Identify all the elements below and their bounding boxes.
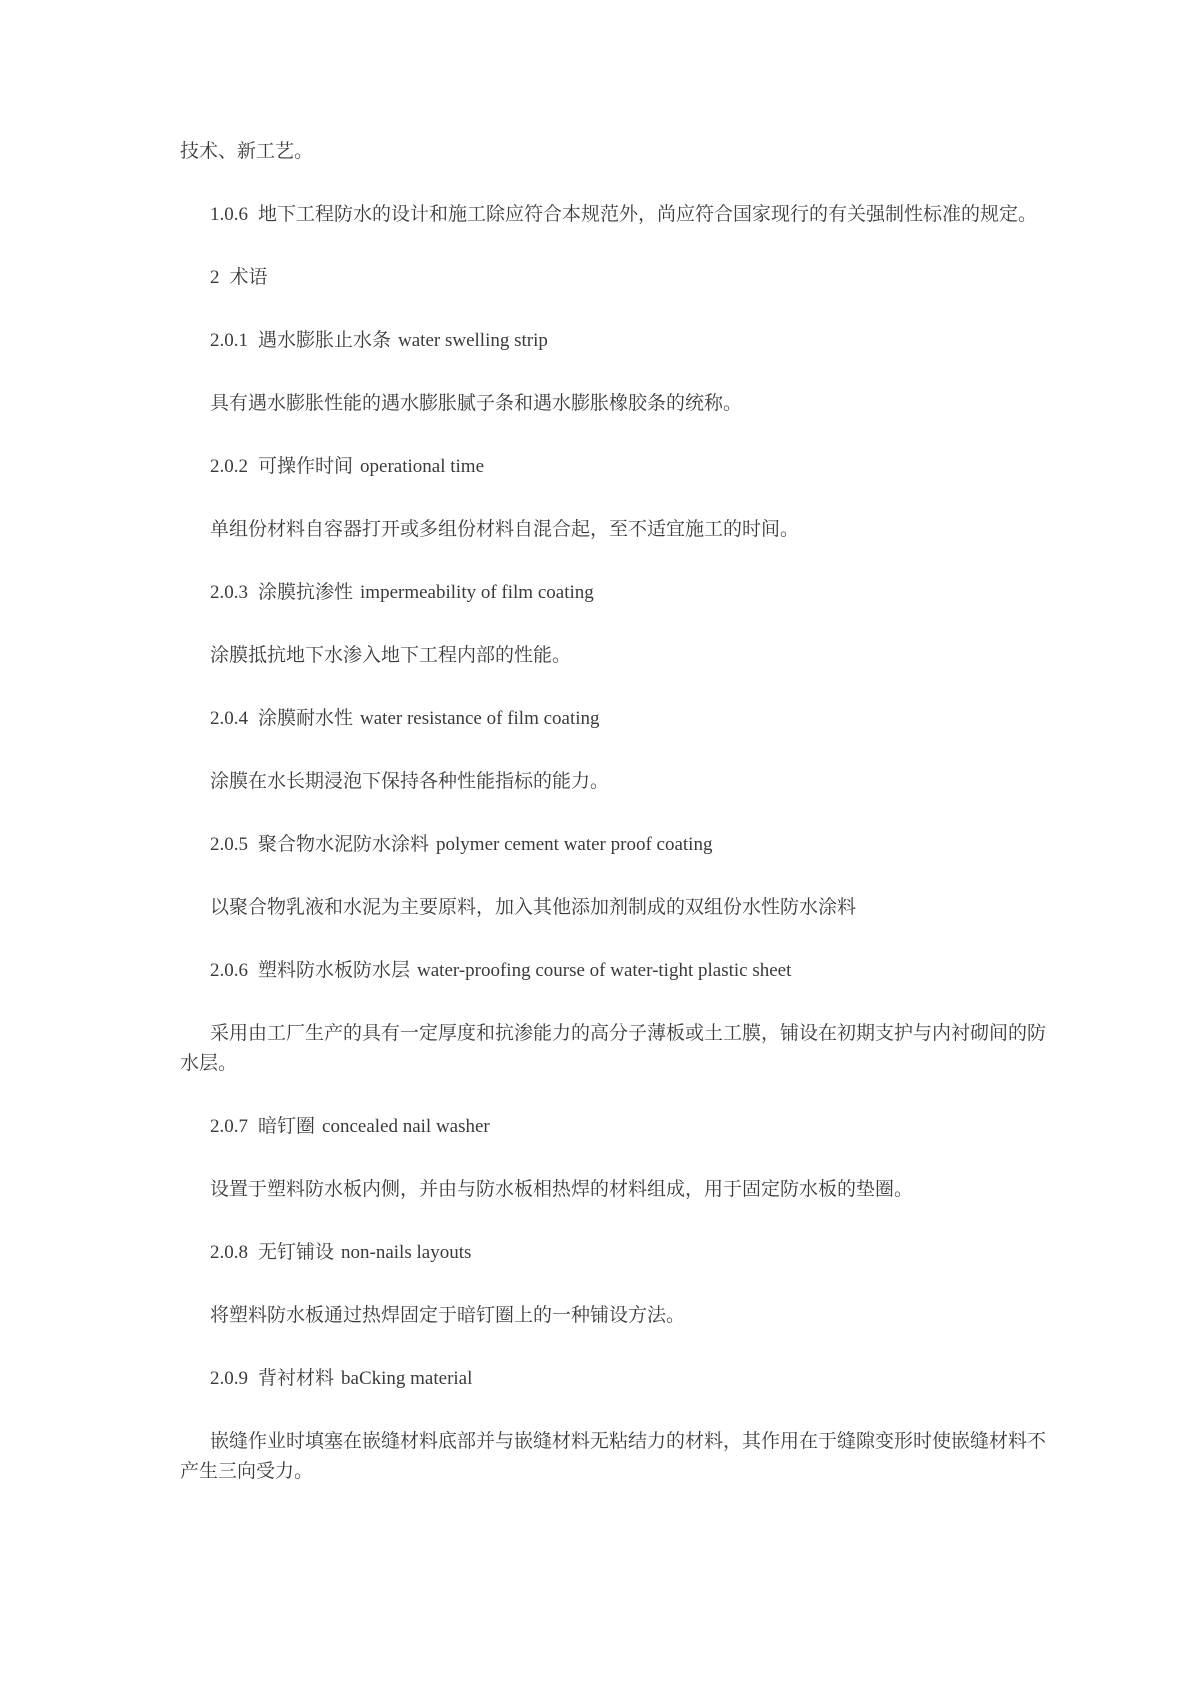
term-english: water swelling strip — [398, 330, 548, 351]
term-chinese: 涂膜耐水性 — [258, 708, 353, 729]
term-line: 2.0.2可操作时间operational time — [180, 452, 1051, 482]
definition-paragraph: 具有遇水膨胀性能的遇水膨胀腻子条和遇水膨胀橡胶条的统称。 — [180, 389, 1051, 419]
term-line: 2.0.7暗钉圈concealed nail washer — [180, 1112, 1051, 1142]
term-chinese: 遇水膨胀止水条 — [258, 330, 391, 351]
document-page: 技术、新工艺。1.0.6地下工程防水的设计和施工除应符合本规范外，尚应符合国家现… — [0, 0, 1191, 1683]
term-english: water resistance of film coating — [360, 708, 600, 729]
definition-text: 将塑料防水板通过热焊固定于暗钉圈上的一种铺设方法。 — [210, 1305, 685, 1326]
term-english: water-proofing course of water-tight pla… — [417, 960, 791, 981]
term-line: 2.0.4涂膜耐水性water resistance of film coati… — [180, 704, 1051, 734]
clause-paragraph: 1.0.6地下工程防水的设计和施工除应符合本规范外，尚应符合国家现行的有关强制性… — [180, 200, 1051, 230]
clause-number: 1.0.6 — [210, 204, 248, 225]
term-english: impermeability of film coating — [360, 582, 594, 603]
definition-text: 具有遇水膨胀性能的遇水膨胀腻子条和遇水膨胀橡胶条的统称。 — [210, 393, 742, 414]
definition-text: 涂膜在水长期浸泡下保持各种性能指标的能力。 — [210, 771, 609, 792]
term-number: 2.0.3 — [210, 582, 248, 603]
clause-text: 地下工程防水的设计和施工除应符合本规范外，尚应符合国家现行的有关强制性标准的规定… — [258, 204, 1037, 225]
term-number: 2.0.6 — [210, 960, 248, 981]
definition-text: 嵌缝作业时填塞在嵌缝材料底部并与嵌缝材料无粘结力的材料，其作用在于缝隙变形时使嵌… — [180, 1431, 1046, 1482]
term-chinese: 可操作时间 — [258, 456, 353, 477]
term-english: non-nails layouts — [341, 1242, 471, 1263]
term-chinese: 暗钉圈 — [258, 1116, 315, 1137]
term-chinese: 聚合物水泥防水涂料 — [258, 834, 429, 855]
definition-text: 涂膜抵抗地下水渗入地下工程内部的性能。 — [210, 645, 571, 666]
term-number: 2.0.2 — [210, 456, 248, 477]
definition-text: 单组份材料自容器打开或多组份材料自混合起，至不适宜施工的时间。 — [210, 519, 799, 540]
section-title: 术语 — [230, 267, 268, 288]
definition-paragraph: 嵌缝作业时填塞在嵌缝材料底部并与嵌缝材料无粘结力的材料，其作用在于缝隙变形时使嵌… — [180, 1427, 1051, 1487]
definition-paragraph: 单组份材料自容器打开或多组份材料自混合起，至不适宜施工的时间。 — [180, 515, 1051, 545]
term-number: 2.0.1 — [210, 330, 248, 351]
term-english: operational time — [360, 456, 484, 477]
term-chinese: 塑料防水板防水层 — [258, 960, 410, 981]
term-chinese: 无钉铺设 — [258, 1242, 334, 1263]
term-english: polymer cement water proof coating — [436, 834, 712, 855]
definition-paragraph: 设置于塑料防水板内侧，并由与防水板相热焊的材料组成，用于固定防水板的垫圈。 — [180, 1175, 1051, 1205]
definition-paragraph: 采用由工厂生产的具有一定厚度和抗渗能力的高分子薄板或土工膜，铺设在初期支护与内衬… — [180, 1019, 1051, 1079]
term-line: 2.0.5聚合物水泥防水涂料polymer cement water proof… — [180, 830, 1051, 860]
definition-paragraph: 将塑料防水板通过热焊固定于暗钉圈上的一种铺设方法。 — [180, 1301, 1051, 1331]
term-number: 2.0.5 — [210, 834, 248, 855]
term-line: 2.0.3涂膜抗渗性impermeability of film coating — [180, 578, 1051, 608]
definition-text: 以聚合物乳液和水泥为主要原料，加入其他添加剂制成的双组份水性防水涂料 — [210, 897, 856, 918]
term-number: 2.0.7 — [210, 1116, 248, 1137]
paragraph-text: 技术、新工艺。 — [180, 141, 313, 162]
term-line: 2.0.6塑料防水板防水层water-proofing course of wa… — [180, 956, 1051, 986]
term-chinese: 背衬材料 — [258, 1368, 334, 1389]
term-number: 2.0.4 — [210, 708, 248, 729]
term-line: 2.0.9背衬材料baCking material — [180, 1364, 1051, 1394]
paragraph-continuation: 技术、新工艺。 — [180, 137, 1051, 167]
term-english: baCking material — [341, 1368, 472, 1389]
section-number: 2 — [210, 267, 220, 288]
definition-paragraph: 涂膜抵抗地下水渗入地下工程内部的性能。 — [180, 641, 1051, 671]
term-line: 2.0.1遇水膨胀止水条water swelling strip — [180, 326, 1051, 356]
section-heading: 2术语 — [180, 263, 1051, 293]
term-number: 2.0.8 — [210, 1242, 248, 1263]
term-line: 2.0.8无钉铺设non-nails layouts — [180, 1238, 1051, 1268]
definition-paragraph: 涂膜在水长期浸泡下保持各种性能指标的能力。 — [180, 767, 1051, 797]
definition-text: 设置于塑料防水板内侧，并由与防水板相热焊的材料组成，用于固定防水板的垫圈。 — [210, 1179, 913, 1200]
term-chinese: 涂膜抗渗性 — [258, 582, 353, 603]
term-english: concealed nail washer — [322, 1116, 490, 1137]
definition-text: 采用由工厂生产的具有一定厚度和抗渗能力的高分子薄板或土工膜，铺设在初期支护与内衬… — [180, 1023, 1046, 1074]
definition-paragraph: 以聚合物乳液和水泥为主要原料，加入其他添加剂制成的双组份水性防水涂料 — [180, 893, 1051, 923]
term-number: 2.0.9 — [210, 1368, 248, 1389]
document-body: 技术、新工艺。1.0.6地下工程防水的设计和施工除应符合本规范外，尚应符合国家现… — [180, 137, 1051, 1487]
